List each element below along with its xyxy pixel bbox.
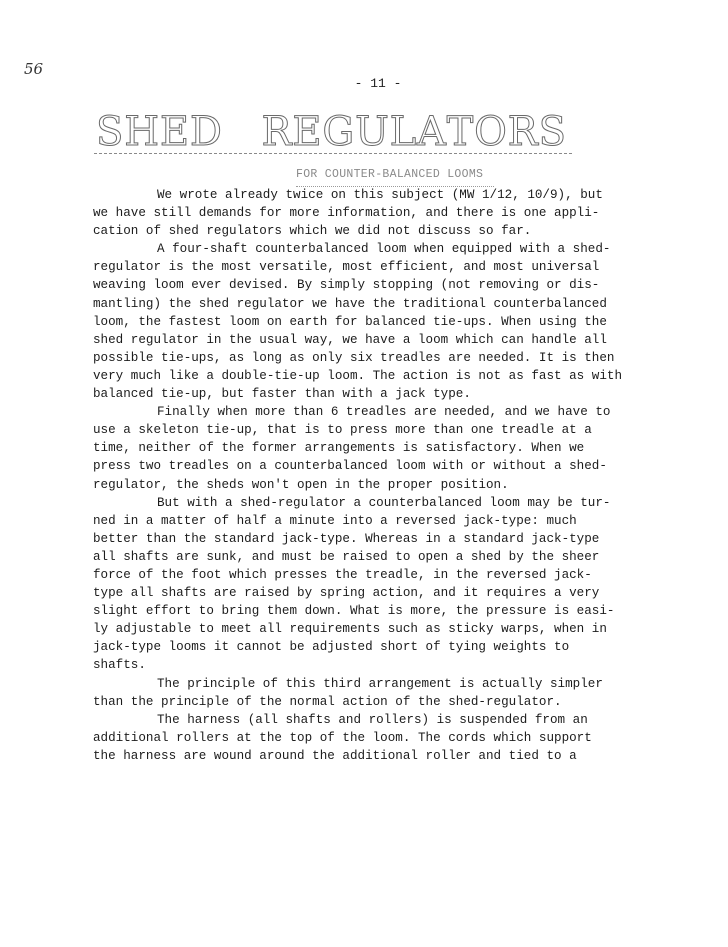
text-line: ned in a matter of half a minute into a … bbox=[93, 512, 653, 530]
text-line: than the principle of the normal action … bbox=[93, 693, 653, 711]
text-line: mantling) the shed regulator we have the… bbox=[93, 295, 653, 313]
page-subtitle: FOR COUNTER-BALANCED LOOMS bbox=[296, 168, 483, 181]
title-letter: G bbox=[322, 112, 354, 152]
text-line: The principle of this third arrangement … bbox=[93, 675, 653, 693]
text-line: better than the standard jack-type. Wher… bbox=[93, 530, 653, 548]
body-text: We wrote already twice on this subject (… bbox=[93, 186, 653, 765]
text-line: type all shafts are raised by spring act… bbox=[93, 584, 653, 602]
text-line: shafts. bbox=[93, 656, 653, 674]
title-letter: O bbox=[474, 112, 507, 152]
text-line: the harness are wound around the additio… bbox=[93, 747, 653, 765]
title-letter: E bbox=[292, 112, 321, 152]
text-line: We wrote already twice on this subject (… bbox=[93, 186, 653, 204]
text-line: press two treadles on a counterbalanced … bbox=[93, 457, 653, 475]
text-line: loom, the fastest loom on earth for bala… bbox=[93, 313, 653, 331]
text-line: shed regulator in the usual way, we have… bbox=[93, 331, 653, 349]
title-underline bbox=[94, 153, 572, 154]
text-line: ly adjustable to meet all requirements s… bbox=[93, 620, 653, 638]
text-line: jack-type looms it cannot be adjusted sh… bbox=[93, 638, 653, 656]
text-line: we have still demands for more informati… bbox=[93, 204, 653, 222]
text-line: A four-shaft counterbalanced loom when e… bbox=[93, 240, 653, 258]
text-line: possible tie-ups, as long as only six tr… bbox=[93, 349, 653, 367]
text-line: slight effort to bring them down. What i… bbox=[93, 602, 653, 620]
title-letter: R bbox=[508, 112, 538, 152]
text-line: cation of shed regulators which we did n… bbox=[93, 222, 653, 240]
title-letter: A bbox=[417, 112, 446, 152]
title-letter: S bbox=[539, 112, 566, 152]
title-letter: T bbox=[447, 112, 474, 152]
text-line: weaving loom ever devised. By simply sto… bbox=[93, 276, 653, 294]
text-line: additional rollers at the top of the loo… bbox=[93, 729, 653, 747]
page-number: - 11 - bbox=[0, 76, 728, 91]
text-line: use a skeleton tie-up, that is to press … bbox=[93, 421, 653, 439]
text-line: The harness (all shafts and rollers) is … bbox=[93, 711, 653, 729]
text-line: balanced tie-up, but faster than with a … bbox=[93, 385, 653, 403]
text-line: regulator is the most versatile, most ef… bbox=[93, 258, 653, 276]
title-word-gap bbox=[223, 112, 261, 152]
title-letter: R bbox=[261, 112, 291, 152]
title-letter: D bbox=[190, 112, 222, 152]
title-letter: S bbox=[96, 112, 123, 152]
text-line: very much like a double-tie-up loom. The… bbox=[93, 367, 653, 385]
title-letter: E bbox=[160, 112, 189, 152]
text-line: Finally when more than 6 treadles are ne… bbox=[93, 403, 653, 421]
text-line: force of the foot which presses the trea… bbox=[93, 566, 653, 584]
text-line: regulator, the sheds won't open in the p… bbox=[93, 476, 653, 494]
title-letter: H bbox=[124, 112, 159, 152]
text-line: all shafts are sunk, and must be raised … bbox=[93, 548, 653, 566]
title-letter: U bbox=[355, 112, 389, 152]
page-title: SHEDREGULATORS bbox=[96, 112, 566, 152]
title-letter: L bbox=[390, 112, 417, 152]
text-line: time, neither of the former arrangements… bbox=[93, 439, 653, 457]
text-line: But with a shed-regulator a counterbalan… bbox=[93, 494, 653, 512]
